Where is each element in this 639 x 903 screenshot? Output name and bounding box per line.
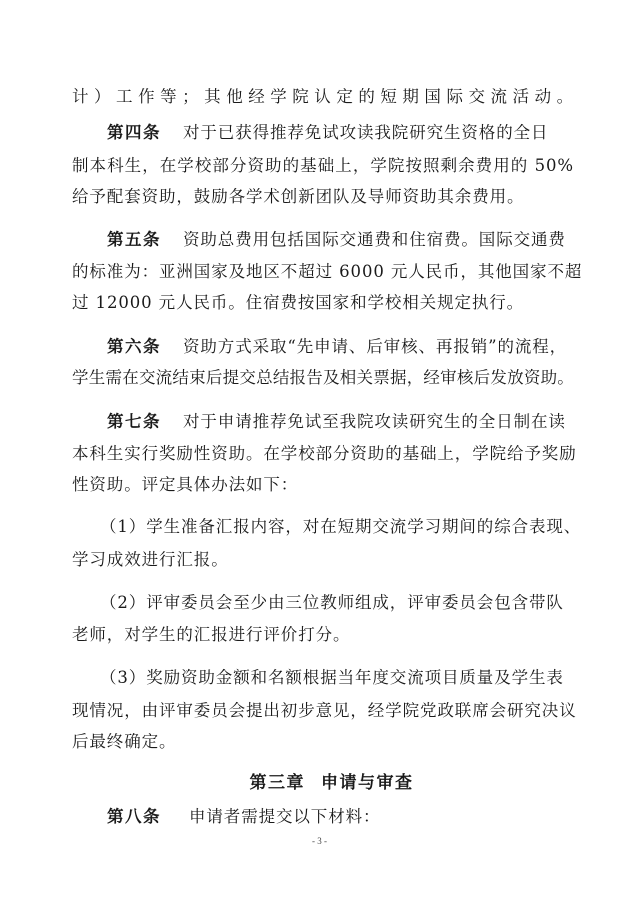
chapter-title: 申请与审查 xyxy=(321,773,414,793)
chapter-number: 第三章 xyxy=(250,773,306,793)
chapter-heading: 第三章申请与审查 xyxy=(12,772,639,794)
article-5-line-1: 第五条资助总费用包括国际交通费和住宿费。国际交通费 xyxy=(107,229,574,251)
article-6-line-1: 第六条资助方式采取“先申请、后审核、再报销”的流程， xyxy=(107,336,574,358)
paragraph-line: 计）工作等；其他经学院认定的短期国际交流活动。 xyxy=(72,87,574,106)
paragraph-line: （3）奖励资助金额和名额根据当年度交流项目质量及学生表 xyxy=(100,667,567,689)
paragraph-line: 的标准为：亚洲国家及地区不超过 6000 元人民币，其他国家不超 xyxy=(72,261,574,283)
paragraph-continuation: 计）工作等；其他经学院认定的短期国际交流活动。 xyxy=(72,86,574,108)
paragraph-line: 后最终确定。 xyxy=(72,731,574,753)
article-label: 第五条 xyxy=(107,230,161,249)
paragraph-line: 资助总费用包括国际交通费和住宿费。国际交通费 xyxy=(183,230,566,249)
paragraph-line: 老师，对学生的汇报进行评价打分。 xyxy=(72,624,574,646)
article-7-line-1: 第七条对于申请推荐免试至我院攻读研究生的全日制在读 xyxy=(107,411,574,433)
paragraph-line: 学习成效进行汇报。 xyxy=(72,549,574,571)
article-label: 第六条 xyxy=(107,337,161,356)
paragraph-line: 给予配套资助，鼓励各学术创新团队及导师资助其余费用。 xyxy=(72,186,574,208)
paragraph-line: 资助方式采取“先申请、后审核、再报销”的流程， xyxy=(183,337,567,356)
paragraph-line: （1）学生准备汇报内容，对在短期交流学习期间的综合表现、 xyxy=(100,516,567,538)
paragraph-line: 制本科生，在学校部分资助的基础上，学院按照剩余费用的 50% xyxy=(72,155,574,177)
paragraph-line: 本科生实行奖励性资助。在学校部分资助的基础上，学院给予奖励 xyxy=(72,443,574,465)
page-number: - 3 - xyxy=(0,836,639,846)
paragraph-line: 学生需在交流结束后提交总结报告及相关票据，经审核后发放资助。 xyxy=(72,367,574,389)
article-4-line-1: 第四条对于已获得推荐免试攻读我院研究生资格的全日 xyxy=(107,122,574,144)
paragraph-line: 过 12000 元人民币。住宿费按国家和学校相关规定执行。 xyxy=(72,292,574,314)
paragraph-line: 性资助。评定具体办法如下： xyxy=(72,474,574,496)
article-8: 第八条申请者需提交以下材料： xyxy=(107,806,574,828)
article-label: 第八条 xyxy=(107,807,161,826)
paragraph-line: 对于申请推荐免试至我院攻读研究生的全日制在读 xyxy=(183,412,566,431)
article-label: 第四条 xyxy=(107,123,161,142)
paragraph-line: （2）评审委员会至少由三位教师组成，评审委员会包含带队 xyxy=(100,592,567,614)
paragraph-line: 现情况，由评审委员会提出初步意见，经学院党政联席会研究决议 xyxy=(72,700,574,722)
article-label: 第七条 xyxy=(107,412,161,431)
paragraph-line: 对于已获得推荐免试攻读我院研究生资格的全日 xyxy=(183,123,548,142)
document-page: 计）工作等；其他经学院认定的短期国际交流活动。 第四条对于已获得推荐免试攻读我院… xyxy=(0,0,639,903)
paragraph-line: 申请者需提交以下材料： xyxy=(189,807,380,826)
